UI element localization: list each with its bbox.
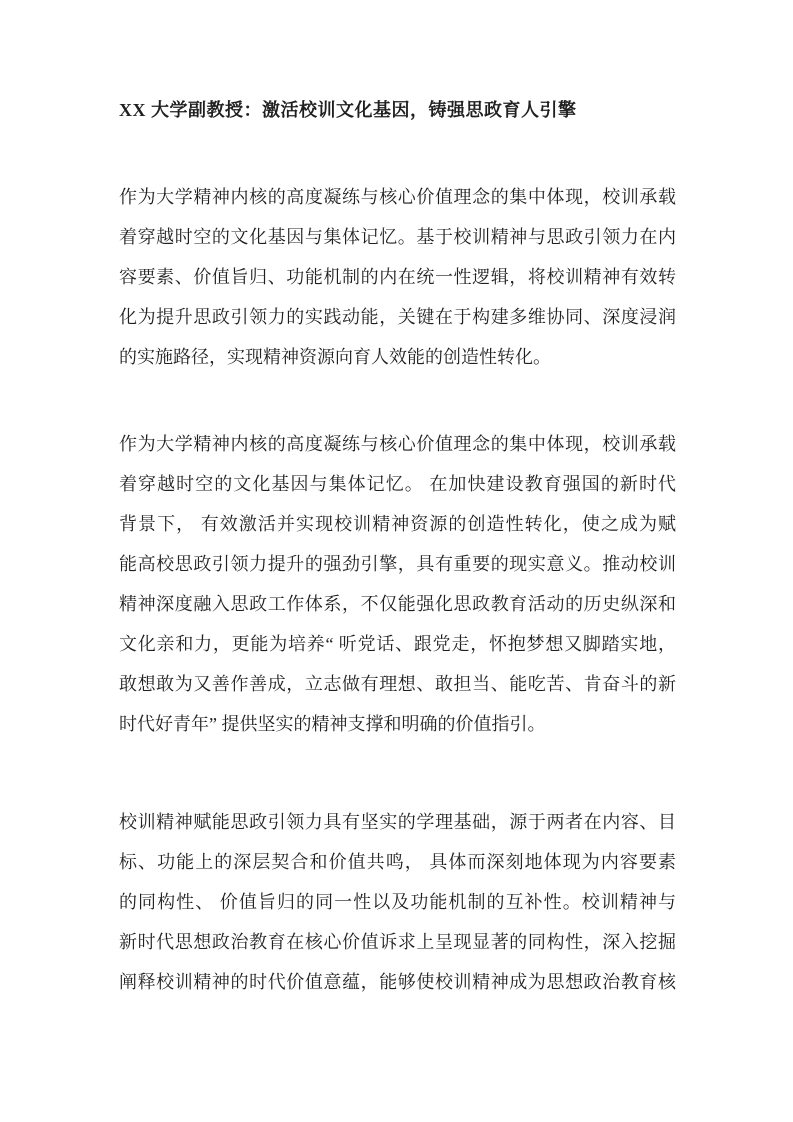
text-line: 校训精神赋能思政引领力具有坚实的学理基础，源于两者在内容、目: [119, 802, 676, 842]
document-content: XX 大学副教授：激活校训文化基因，铸强思政育人引擎 作为大学精神内核的高度凝练…: [119, 0, 676, 1002]
text-line: 作为大学精神内核的高度凝练与核心价值理念的集中体现，校训承载: [119, 177, 676, 217]
document-title: XX 大学副教授：激活校训文化基因，铸强思政育人引擎: [119, 97, 676, 123]
text-line: 阐释校训精神的时代价值意蕴，能够使校训精神成为思想政治教育核: [119, 962, 676, 1002]
text-line: 敢想敢为又善作善成，立志做有理想、敢担当、能吃苦、肯奋斗的新: [119, 664, 676, 704]
text-line: 容要素、价值旨归、功能机制的内在统一性逻辑，将校训精神有效转: [119, 257, 676, 297]
paragraph: 校训精神赋能思政引领力具有坚实的学理基础，源于两者在内容、目 标、功能上的深层契…: [119, 802, 676, 1002]
text-line: 化为提升思政引领力的实践动能，关键在于构建多维协同、深度浸润: [119, 297, 676, 337]
text-line: 时代好青年” 提供坚实的精神支撑和明确的价值指引。: [119, 704, 676, 744]
text-line: 新时代思想政治教育在核心价值诉求上呈现显著的同构性，深入挖掘: [119, 922, 676, 962]
text-line: 能高校思政引领力提升的强劲引擎，具有重要的现实意义。推动校训: [119, 544, 676, 584]
text-line: 的实施路径，实现精神资源向育人效能的创造性转化。: [119, 337, 676, 377]
text-line: 着穿越时空的文化基因与集体记忆。基于校训精神与思政引领力在内: [119, 217, 676, 257]
text-line: 作为大学精神内核的高度凝练与核心价值理念的集中体现，校训承载: [119, 424, 676, 464]
text-line: 的同构性、 价值旨归的同一性以及功能机制的互补性。校训精神与: [119, 882, 676, 922]
paragraph: 作为大学精神内核的高度凝练与核心价值理念的集中体现，校训承载 着穿越时空的文化基…: [119, 177, 676, 377]
text-line: 文化亲和力，更能为培养“ 听党话、跟党走，怀抱梦想又脚踏实地，: [119, 624, 676, 664]
text-line: 精神深度融入思政工作体系，不仅能强化思政教育活动的历史纵深和: [119, 584, 676, 624]
text-line: 着穿越时空的文化基因与集体记忆。 在加快建设教育强国的新时代: [119, 464, 676, 504]
paragraph: 作为大学精神内核的高度凝练与核心价值理念的集中体现，校训承载 着穿越时空的文化基…: [119, 424, 676, 744]
document-page: XX 大学副教授：激活校训文化基因，铸强思政育人引擎 作为大学精神内核的高度凝练…: [0, 0, 793, 1122]
text-line: 背景下， 有效激活并实现校训精神资源的创造性转化，使之成为赋: [119, 504, 676, 544]
text-line: 标、功能上的深层契合和价值共鸣， 具体而深刻地体现为内容要素: [119, 842, 676, 882]
